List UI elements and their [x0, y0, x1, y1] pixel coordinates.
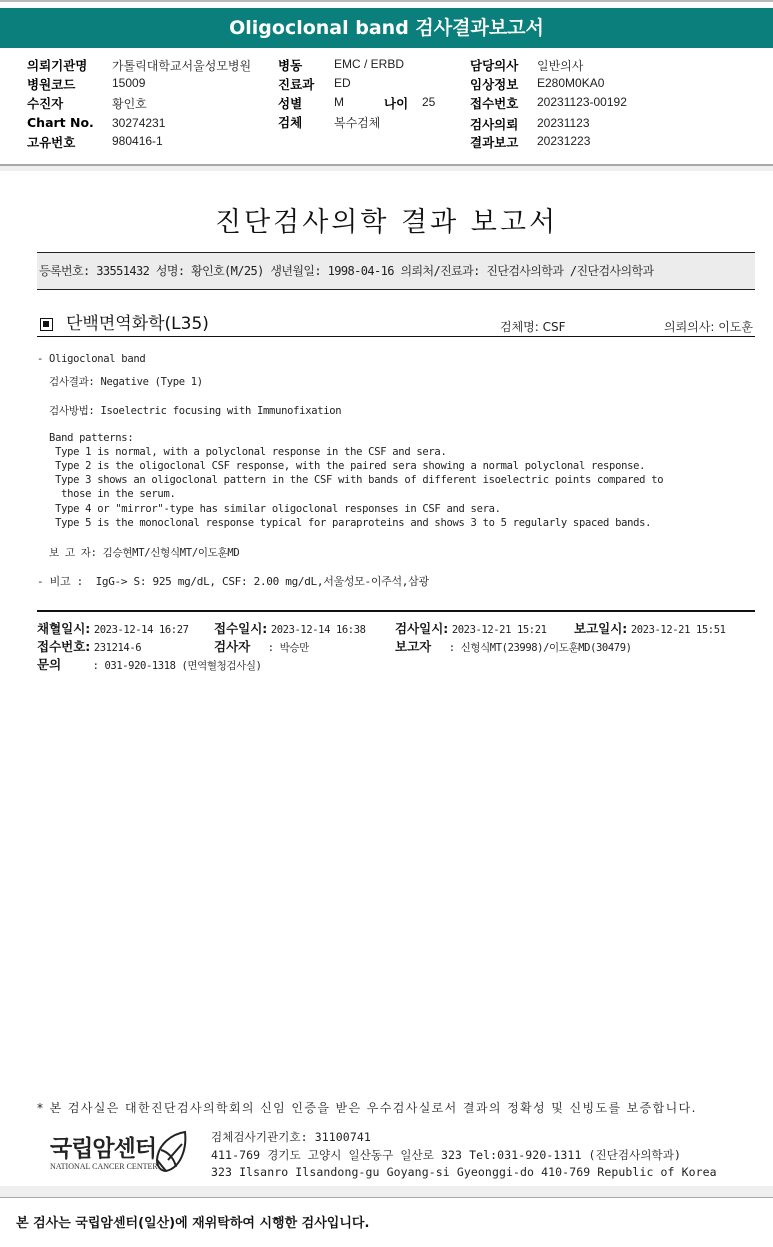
label-patient: 수진자: [27, 94, 63, 112]
band-pattern-type3: Type 3 shows an oligoclonal pattern in t…: [37, 474, 663, 486]
value-department: ED: [334, 76, 351, 90]
label-institution: 의뢰기관명: [27, 56, 87, 74]
address-english: 323 Ilsanro Ilsandong-gu Goyang-si Gyeon…: [211, 1165, 717, 1179]
inquiry: 문의 : 031-920-1318 (면역혈청검사실): [37, 655, 262, 673]
band-pattern-type5: Type 5 is the monoclonal response typica…: [37, 517, 651, 529]
test-method: 검사방법: Isoelectric focusing with Immunofi…: [37, 403, 341, 418]
test-result: 검사결과: Negative (Type 1): [37, 374, 203, 389]
value-test-request: 20231123: [537, 116, 590, 130]
value-clinical-info: E280M0KA0: [537, 76, 604, 90]
footer-shade: [0, 1186, 773, 1197]
national-cancer-center-logo: 국립암센터 NATIONAL CANCER CENTER: [50, 1130, 190, 1178]
collected-datetime: 채혈일시: 2023-12-14 16:27: [37, 619, 189, 637]
report-title: 진단검사의학 결과 보고서: [0, 200, 773, 239]
value-unique-no: 980416-1: [112, 134, 163, 148]
test-name: - Oligoclonal band: [37, 353, 145, 365]
band-pattern-type2: Type 2 is the oligoclonal CSF response, …: [37, 460, 645, 472]
band-patterns-heading: Band patterns:: [37, 432, 133, 444]
value-sex: M: [334, 95, 344, 109]
patient-summary: 등록번호: 33551432 성명: 황인호(M/25) 생년월일: 1998-…: [37, 252, 755, 290]
value-ward: EMC / ERBD: [334, 57, 404, 71]
value-specimen: 복수검체: [334, 114, 380, 131]
tested-datetime: 검사일시: 2023-12-21 15:21: [395, 619, 547, 637]
institution-code: 검체검사기관기호: 31100741: [211, 1129, 371, 1145]
address-korean: 411-769 경기도 고양시 일산동구 일산로 323 Tel:031-920…: [211, 1147, 681, 1163]
logo-korean: 국립암센터: [50, 1130, 156, 1163]
divider-shade: [0, 166, 773, 171]
label-hospital-code: 병원코드: [27, 75, 75, 93]
value-institution: 가톨릭대학교서울성모병원: [112, 57, 251, 74]
top-rule: [0, 0, 773, 2]
value-chart-no: 30274231: [112, 116, 165, 130]
outsourced-note: 본 검사는 국립암센터(일산)에 재위탁하여 시행한 검사입니다.: [16, 1212, 369, 1231]
value-hospital-code: 15009: [112, 76, 145, 90]
label-clinical-info: 임상정보: [470, 75, 518, 93]
reported-datetime: 보고일시: 2023-12-21 15:51: [574, 619, 726, 637]
logo-english: NATIONAL CANCER CENTER: [50, 1162, 158, 1171]
page-title: Oligoclonal band 검사결과보고서: [0, 8, 773, 48]
value-age: 25: [422, 95, 435, 109]
label-unique-no: 고유번호: [27, 133, 75, 151]
label-ward: 병동: [278, 56, 302, 74]
label-specimen: 검체: [278, 113, 302, 131]
label-attending: 담당의사: [470, 56, 518, 74]
label-sex: 성별: [278, 94, 302, 112]
received-datetime: 접수일시: 2023-12-14 16:38: [214, 619, 366, 637]
label-department: 진료과: [278, 75, 314, 93]
label-receipt-no: 접수번호: [470, 94, 518, 112]
specimen-name: 검체명: CSF: [500, 318, 566, 335]
label-age: 나이: [384, 94, 408, 112]
outsourced-banner: 본 검사는 국립암센터(일산)에 재위탁하여 시행한 검사입니다.: [0, 1197, 773, 1247]
section-name: 단백면역화학(L35): [66, 313, 209, 335]
reporters: 보 고 자: 김승현MT/신형식MT/이도훈MD: [37, 545, 239, 560]
value-patient: 황인호: [112, 95, 147, 112]
label-test-request: 검사의뢰: [470, 115, 518, 133]
receipt-number: 접수번호: 231214-6: [37, 637, 141, 655]
label-chart-no: Chart No.: [27, 115, 94, 130]
certification-note: * 본 검사실은 대한진단검사의학회의 신임 인증을 받은 우수검사실로서 결과…: [37, 1099, 697, 1116]
leaf-icon: [154, 1130, 188, 1174]
divider: [37, 610, 755, 612]
label-result-report: 결과보고: [470, 133, 518, 151]
value-attending: 일반의사: [537, 57, 583, 74]
value-result-report: 20231223: [537, 134, 590, 148]
band-pattern-type4: Type 4 or "mirror"-type has similar olig…: [37, 503, 501, 515]
request-info: 의뢰기관명 가톨릭대학교서울성모병원 병원코드 15009 수진자 황인호 Ch…: [0, 56, 773, 166]
band-pattern-type1: Type 1 is normal, with a polyclonal resp…: [37, 446, 446, 458]
remarks: - 비고 : IgG-> S: 925 mg/dL, CSF: 2.00 mg/…: [37, 573, 429, 589]
requesting-doctor: 의뢰의사: 이도훈: [664, 318, 753, 335]
section-header: 단백면역화학(L35) 검체명: CSF 의뢰의사: 이도훈: [37, 313, 755, 337]
band-pattern-type3-cont: those in the serum.: [37, 488, 176, 500]
filled-square-icon: [40, 318, 53, 331]
tester: 검사자 : 박승만: [214, 637, 309, 655]
value-receipt-no: 20231123-00192: [537, 95, 627, 109]
reporter: 보고자 : 신형식MT(23998)/이도훈MD(30479): [395, 637, 632, 655]
